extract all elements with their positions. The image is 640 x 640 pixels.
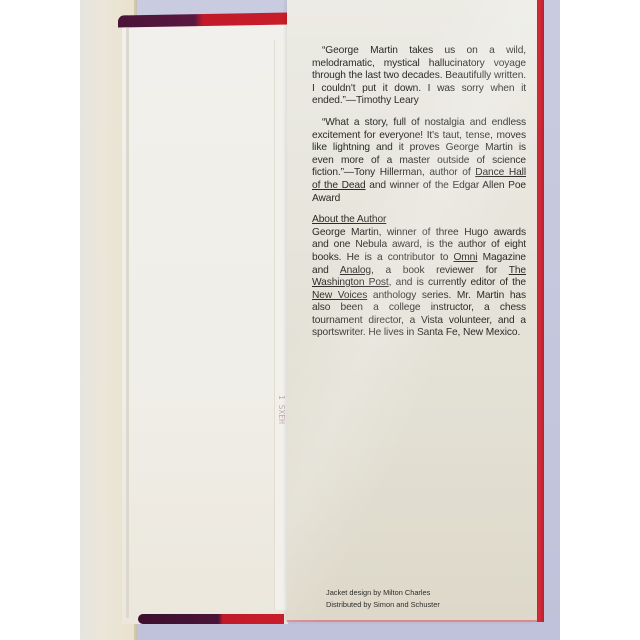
- about-body: George Martin, winner of three Hugo awar…: [312, 227, 526, 340]
- distributor-credit: Distributed by Simon and Schuster: [326, 599, 526, 611]
- about-author: About the Author George Martin, winner o…: [312, 214, 526, 340]
- library-pocket-strip: [274, 40, 287, 610]
- about-heading: About the Author: [312, 214, 526, 227]
- quote-leary: “George Martin takes us on a wild, melod…: [312, 45, 526, 108]
- endpaper-fold: [126, 28, 129, 618]
- binding-strip-bottom: [138, 614, 284, 624]
- flap-credits: Jacket design by Milton Charles Distribu…: [326, 587, 526, 611]
- flap-text: “George Martin takes us on a wild, melod…: [312, 45, 526, 340]
- quote-hillerman: “What a story, full of nostalgia and end…: [312, 117, 526, 205]
- book-photo: 1 SXEH “George Martin takes us on a wild…: [0, 0, 640, 640]
- jacket-design-credit: Jacket design by Milton Charles: [326, 587, 526, 599]
- pocket-stamp: 1 SXEH: [276, 395, 286, 475]
- flap-bottom-edge: [287, 620, 537, 622]
- endpaper: [122, 24, 288, 624]
